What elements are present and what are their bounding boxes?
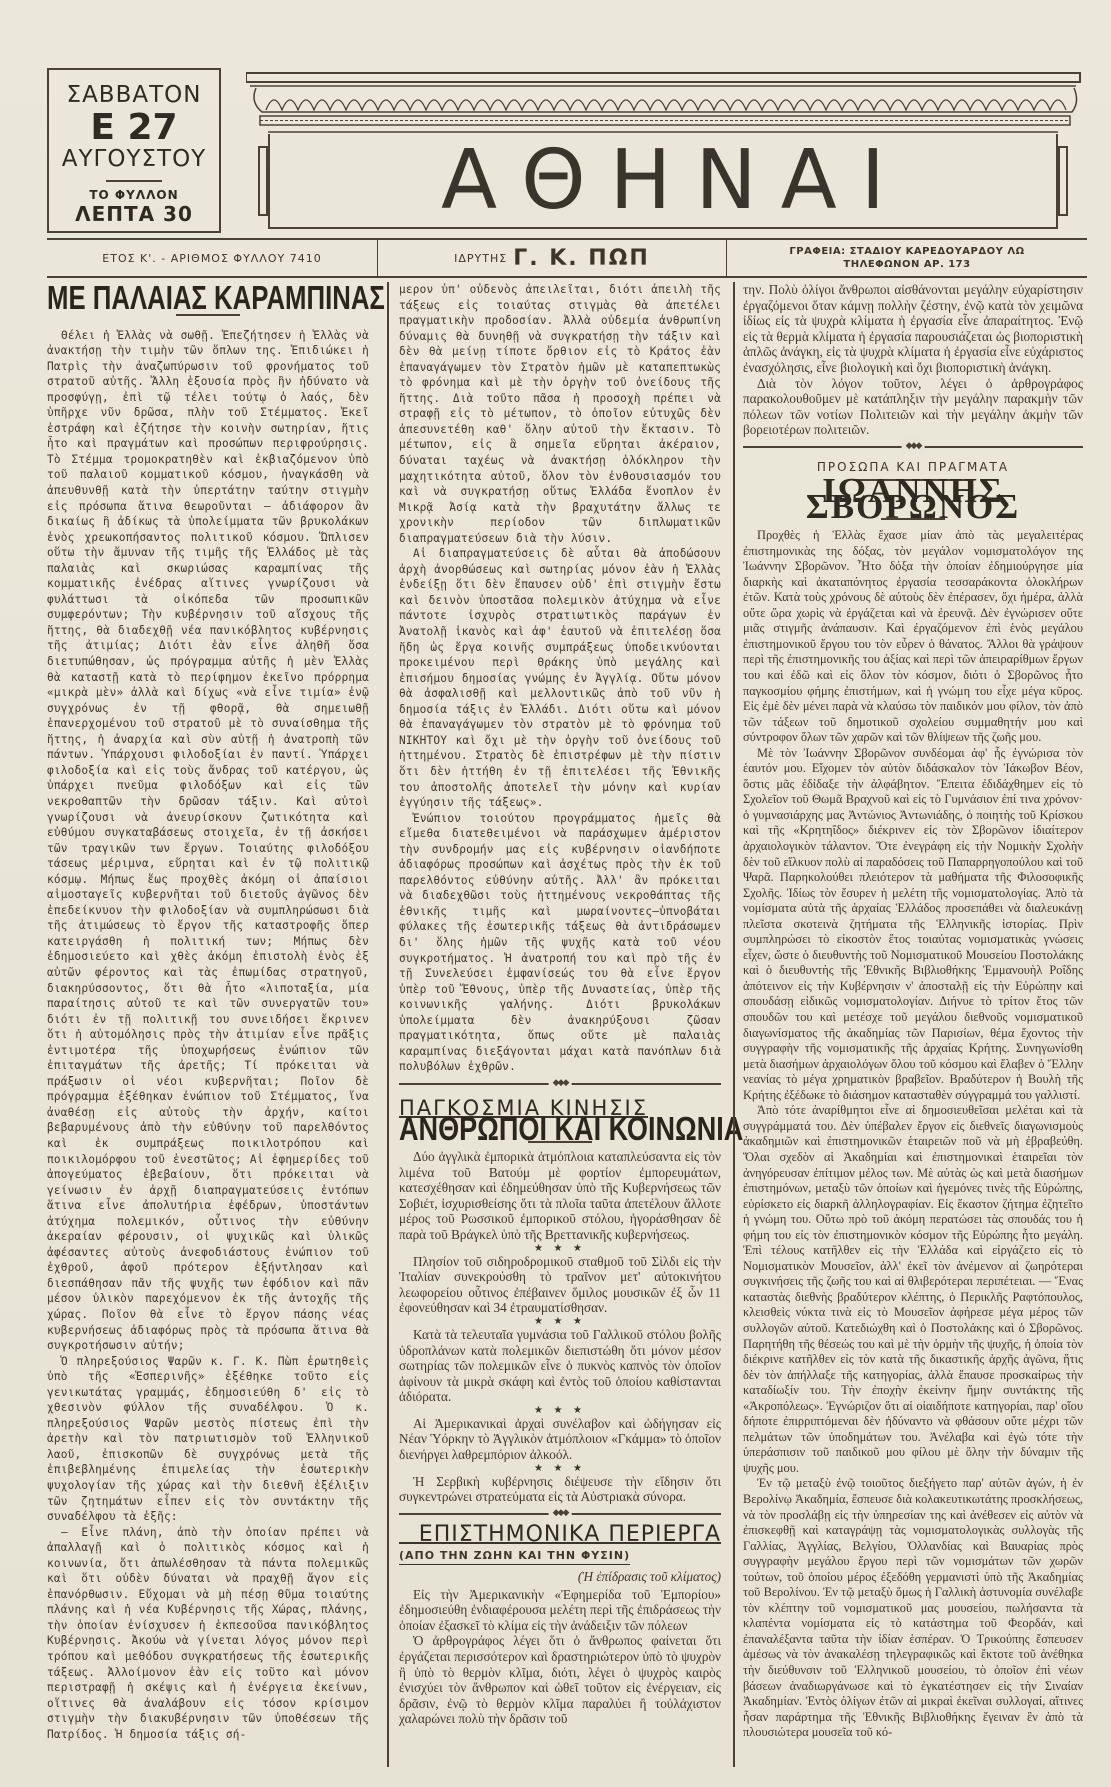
paragraph: Ὁ ἀρθρογράφος λέγει ὅτι ὁ ἄνθρωπος φαίνε… bbox=[399, 1633, 721, 1727]
paragraph: Εἰς τὴν Ἀμερικανικὴν «Ἐφημερίδα τοῦ Ἐμπο… bbox=[399, 1587, 721, 1634]
masthead: ΑΘΗΝΑΙ bbox=[246, 72, 1084, 232]
obituary-body: Προχθὲς ἡ Ἑλλὰς ἔχασε μίαν ἀπὸ τὰς μεγαλ… bbox=[743, 528, 1083, 1741]
world-headline: ΑΝΘΡΩΠΟΙ ΚΑΙ ΚΟΙΝΩΝΙΑ bbox=[399, 1121, 663, 1137]
founder: ΙΔΡΥΤΗΣ Γ. Κ. ΠΩΠ bbox=[377, 240, 727, 276]
news-item: Αἱ Ἀμερικανικαὶ ἀρχαὶ συνέλαβον καὶ ὡδήγ… bbox=[399, 1416, 721, 1463]
star-separator-icon: ★ ★ ★ bbox=[399, 1463, 721, 1474]
offices-phone: ΤΗΛΕΦΩΝΟΝ ΑΡ. 173 bbox=[843, 258, 970, 271]
frame-tab-left bbox=[258, 146, 268, 216]
paragraph: Διὰ τὸν λόγον τοῦτον, λέγει ὁ ἀρθρογράφο… bbox=[743, 376, 1083, 438]
lead-article-continued: μερον ὑπ' οὐδενὸς ἀπειλεῖται, διότι ἀπει… bbox=[399, 282, 721, 1075]
science-section: ΕΠΙΣΤΗΜΟΝΙΚΑ ΠΕΡΙΕΡΓΑ (ΑΠΟ ΤΗΝ ΖΩΗΝ ΚΑΙ … bbox=[399, 1527, 721, 1727]
science-continued: την. Πολὺ ὀλίγοι ἄνθρωποι αἰσθάνονται με… bbox=[743, 282, 1083, 438]
world-items: Δύο ἀγγλικὰ ἐμπορικὰ ἀτμόπλοια καταπλεύσ… bbox=[399, 1149, 721, 1505]
people-section: ΠΡΟΣΩΠΑ ΚΑΙ ΠΡΑΓΜΑΤΑ ΙΩΑΝΝΗΣ ΣΒΟΡΩΝΟΣ Πρ… bbox=[743, 460, 1083, 1741]
price: ΛΕΠΤΑ 30 bbox=[49, 202, 219, 226]
weekday: ΣΑΒΒΑΤΟΝ bbox=[49, 82, 219, 108]
newspaper-page: ΣΑΒΒΑΤΟΝ Ε 27 ΑΥΓΟΥΣΤΟΥ ΤΟ ΦΥΛΛΟΝ ΛΕΠΤΑ … bbox=[0, 0, 1111, 1787]
world-section: ΠΑΓΚΟΣΜΙΑ ΚΙΝΗΣΙΣ ΑΝΘΡΩΠΟΙ ΚΑΙ ΚΟΙΝΩΝΙΑ … bbox=[399, 1097, 721, 1505]
news-item: Δύο ἀγγλικὰ ἐμπορικὰ ἀτμόπλοια καταπλεύσ… bbox=[399, 1149, 721, 1243]
month: ΑΥΓΟΥΣΤΟΥ bbox=[49, 146, 219, 172]
newspaper-title: ΑΘΗΝΑΙ bbox=[441, 133, 909, 228]
cornice-ornament-icon bbox=[246, 72, 1084, 134]
ornamental-divider bbox=[399, 1513, 721, 1519]
title-box: ΑΘΗΝΑΙ bbox=[268, 134, 1058, 229]
column-left: ΜΕ ΠΑΛΑΙΑΣ ΚΑΡΑΜΠΙΝΑΣ Θέλει ἡ Ἑλλὰς νὰ σ… bbox=[47, 282, 369, 1742]
lead-headline: ΜΕ ΠΑΛΑΙΑΣ ΚΑΡΑΜΠΙΝΑΣ bbox=[47, 290, 371, 306]
offices-address: ΓΡΑΦΕΙΑ: ΣΤΑΔΙΟΥ ΚΑΡΕΔΟΥΑΡΔΟΥ ΛΩ bbox=[789, 245, 1024, 258]
star-separator-icon: ★ ★ ★ bbox=[399, 1243, 721, 1254]
science-topic: (Ἡ ἐπίδρασις τοῦ κλίματος) bbox=[399, 1569, 721, 1585]
paragraph: την. Πολὺ ὀλίγοι ἄνθρωποι αἰσθάνονται με… bbox=[743, 282, 1083, 376]
science-headline: ΕΠΙΣΤΗΜΟΝΙΚΑ ΠΕΡΙΕΡΓΑ bbox=[399, 1527, 721, 1545]
paragraph: Μὲ τὸν Ἰωάννην Σβορῶνον συνδέομαι ἀφ' ἧς… bbox=[743, 746, 1083, 1104]
paragraph: Ὁ πληρεξούσιος Ψαρῶν κ. Γ. Κ. Πὼπ ἐρωτηθ… bbox=[47, 1354, 369, 1525]
paragraph: Αἱ διαπραγματεύσεις δὲ αὗται θὰ ἀποδώσου… bbox=[399, 546, 721, 810]
issue-number: ΕΤΟΣ Κ'. - ΑΡΙΘΜΟΣ ΦΥΛΛΟΥ 7410 bbox=[47, 240, 377, 276]
star-separator-icon: ★ ★ ★ bbox=[399, 1316, 721, 1327]
ornamental-divider bbox=[743, 446, 1083, 452]
column-middle: μερον ὑπ' οὐδενὸς ἀπειλεῖται, διότι ἀπει… bbox=[387, 282, 721, 1767]
column-right: την. Πολὺ ὀλίγοι ἄνθρωποι αἰσθάνονται με… bbox=[733, 282, 1083, 1767]
paragraph: Ἀπὸ τότε ἀναρίθμητοι εἶνε αἱ δημοσιευθεῖ… bbox=[743, 1103, 1083, 1476]
issue-info-bar: ΕΤΟΣ Κ'. - ΑΡΙΘΜΟΣ ΦΥΛΛΟΥ 7410 ΙΔΡΥΤΗΣ Γ… bbox=[47, 238, 1087, 278]
paragraph: Προχθὲς ἡ Ἑλλὰς ἔχασε μίαν ἀπὸ τὰς μεγαλ… bbox=[743, 528, 1083, 746]
frame-tab-right bbox=[1058, 146, 1068, 216]
news-item: Πλησίον τοῦ σιδηροδρομικοῦ σταθμοῦ τοῦ Σ… bbox=[399, 1254, 721, 1316]
paragraph: Ἐν τῷ μεταξὺ ἐνῷ τοιοῦτος διεξήγετο παρ'… bbox=[743, 1476, 1083, 1740]
date-price-box: ΣΑΒΒΑΤΟΝ Ε 27 ΑΥΓΟΥΣΤΟΥ ΤΟ ΦΥΛΛΟΝ ΛΕΠΤΑ … bbox=[47, 68, 221, 233]
paragraph: Θέλει ἡ Ἑλλὰς νὰ σωθῇ. Ἐπεζήτησεν ἡ Ἑλλὰ… bbox=[47, 328, 369, 1354]
paragraph: μερον ὑπ' οὐδενὸς ἀπειλεῖται, διότι ἀπει… bbox=[399, 282, 721, 546]
paragraph: — Εἶνε πλάνη, ἀπὸ τὴν ὁποίαν πρέπει νὰ ἀ… bbox=[47, 1525, 369, 1743]
offices: ΓΡΑΦΕΙΑ: ΣΤΑΔΙΟΥ ΚΑΡΕΔΟΥΑΡΔΟΥ ΛΩ ΤΗΛΕΦΩΝ… bbox=[727, 240, 1087, 276]
lead-article-body: Θέλει ἡ Ἑλλὰς νὰ σωθῇ. Ἐπεζήτησεν ἡ Ἑλλὰ… bbox=[47, 328, 369, 1743]
science-subhead: (ΑΠΟ ΤΗΝ ΖΩΗΝ ΚΑΙ ΤΗΝ ΦΥΣΙΝ) bbox=[399, 1548, 630, 1565]
news-item: Ἡ Σερβικὴ κυβέρνησις διέψευσε τὴν εἴδησι… bbox=[399, 1474, 721, 1505]
founder-label: ΙΔΡΥΤΗΣ bbox=[454, 252, 507, 265]
news-item: Κατὰ τὰ τελευταῖα γυμνάσια τοῦ Γαλλικοῦ … bbox=[399, 1327, 721, 1405]
obituary-headline: ΙΩΑΝΝΗΣ ΣΒΟΡΩΝΟΣ bbox=[743, 483, 1083, 514]
paragraph: Ἐνώπιον τοιούτου προγράμματος ἡμεῖς θὰ ε… bbox=[399, 811, 721, 1075]
founder-name: Γ. Κ. ΠΩΠ bbox=[513, 246, 650, 271]
ornamental-divider bbox=[399, 1083, 721, 1089]
star-separator-icon: ★ ★ ★ bbox=[399, 1405, 721, 1416]
sheet-label: ΤΟ ΦΥΛΛΟΝ bbox=[49, 188, 219, 202]
science-body: Εἰς τὴν Ἀμερικανικὴν «Ἐφημερίδα τοῦ Ἐμπο… bbox=[399, 1587, 721, 1727]
day-number: Ε 27 bbox=[49, 110, 219, 146]
divider bbox=[106, 180, 162, 182]
